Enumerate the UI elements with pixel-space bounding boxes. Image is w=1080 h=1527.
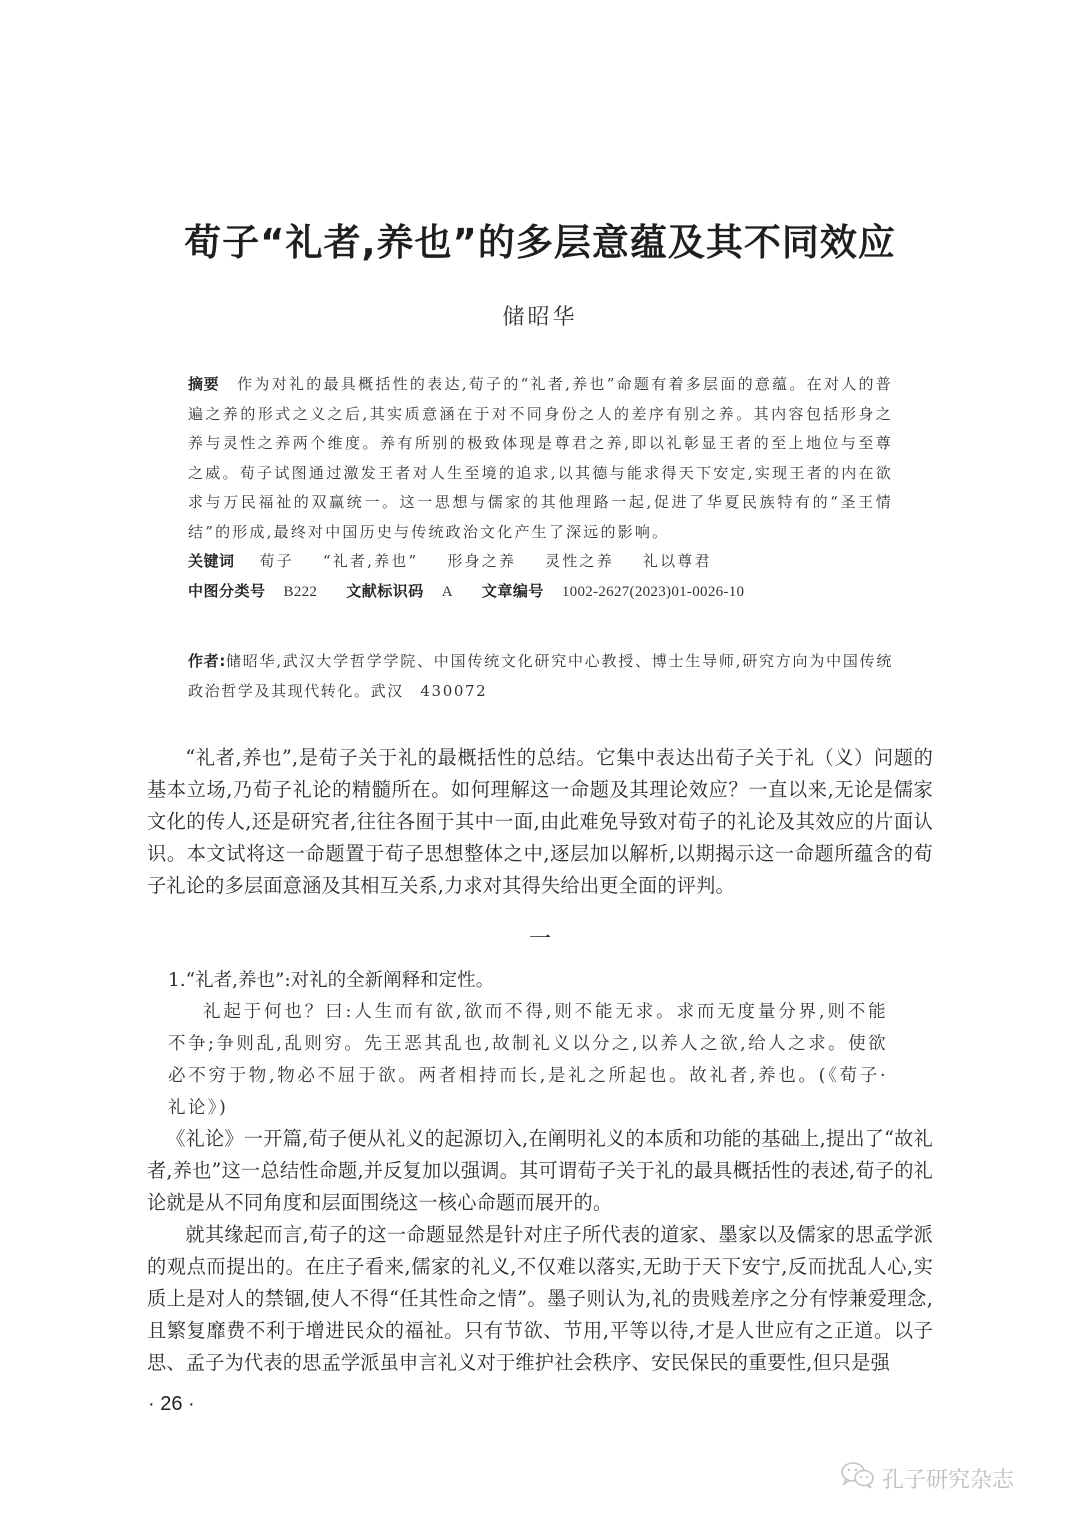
clc-value: B222 (284, 584, 318, 600)
classification-row: 中图分类号B222 文献标识码A 文章编号1002-2627(2023)01-0… (188, 577, 893, 608)
watermark: 孔子研究杂志 (840, 1460, 1014, 1496)
article-author: 储昭华 (0, 300, 1080, 331)
section-number: 一 (0, 922, 1080, 953)
article-no-label: 文章编号 (482, 582, 544, 600)
abstract-label: 摘要 (188, 375, 219, 393)
journal-page: 荀子“礼者,养也”的多层意蕴及其不同效应 储昭华 摘要作为对礼的最具概括性的表达… (0, 0, 1080, 1527)
block-quote: 礼起于何也？曰:人生而有欲,欲而不得,则不能无求。求而无度量分界,则不能不争;争… (168, 996, 888, 1124)
body-paragraph: 就其缘起而言,荀子的这一命题显然是针对庄子所代表的道家、墨家以及儒家的思孟学派的… (147, 1219, 933, 1379)
article-title: 荀子“礼者,养也”的多层意蕴及其不同效应 (0, 212, 1080, 266)
intro-section: “礼者,养也”,是荀子关于礼的最概括性的总结。它集中表达出荀子关于礼（义）问题的… (147, 742, 933, 902)
abstract-text: 作为对礼的最具概括性的表达,荀子的“礼者,养也”命题有着多层面的意蕴。在对人的普… (188, 375, 893, 541)
keyword: 荀子 (259, 552, 293, 570)
doc-code-value: A (442, 584, 453, 600)
article-no-value: 1002-2627(2023)01-0026-10 (562, 584, 744, 600)
keyword: 礼以尊君 (643, 552, 712, 570)
section-subheading: 1.“礼者,养也”:对礼的全新阐释和定性。 (168, 966, 494, 992)
keyword: 形身之养 (447, 552, 516, 570)
author-note-label: 作者: (188, 652, 226, 670)
wechat-icon (840, 1460, 882, 1496)
section-body: 《礼论》一开篇,荀子便从礼义的起源切入,在阐明礼义的本质和功能的基础上,提出了“… (147, 1123, 933, 1379)
abstract: 摘要作为对礼的最具概括性的表达,荀子的“礼者,养也”命题有着多层面的意蕴。在对人… (188, 370, 893, 547)
watermark-text: 孔子研究杂志 (882, 1463, 1014, 1494)
abstract-block: 摘要作为对礼的最具概括性的表达,荀子的“礼者,养也”命题有着多层面的意蕴。在对人… (188, 370, 893, 607)
doc-code-label: 文献标识码 (346, 582, 424, 600)
keyword: 灵性之养 (545, 552, 614, 570)
keyword: “礼者,养也” (323, 552, 419, 570)
clc-label: 中图分类号 (188, 582, 266, 600)
author-note-text: 储昭华,武汉大学哲学学院、中国传统文化研究中心教授、博士生导师,研究方向为中国传… (188, 652, 893, 700)
keywords-label: 关键词 (188, 552, 235, 570)
intro-paragraph: “礼者,养也”,是荀子关于礼的最概括性的总结。它集中表达出荀子关于礼（义）问题的… (147, 742, 933, 902)
quote-text: 礼起于何也？曰:人生而有欲,欲而不得,则不能无求。求而无度量分界,则不能不争;争… (168, 996, 888, 1124)
author-note: 作者:储昭华,武汉大学哲学学院、中国传统文化研究中心教授、博士生导师,研究方向为… (188, 646, 893, 706)
page-number: · 26 · (148, 1393, 195, 1416)
body-paragraph: 《礼论》一开篇,荀子便从礼义的起源切入,在阐明礼义的本质和功能的基础上,提出了“… (147, 1123, 933, 1219)
keywords-row: 关键词 荀子 “礼者,养也” 形身之养 灵性之养 礼以尊君 (188, 547, 893, 577)
